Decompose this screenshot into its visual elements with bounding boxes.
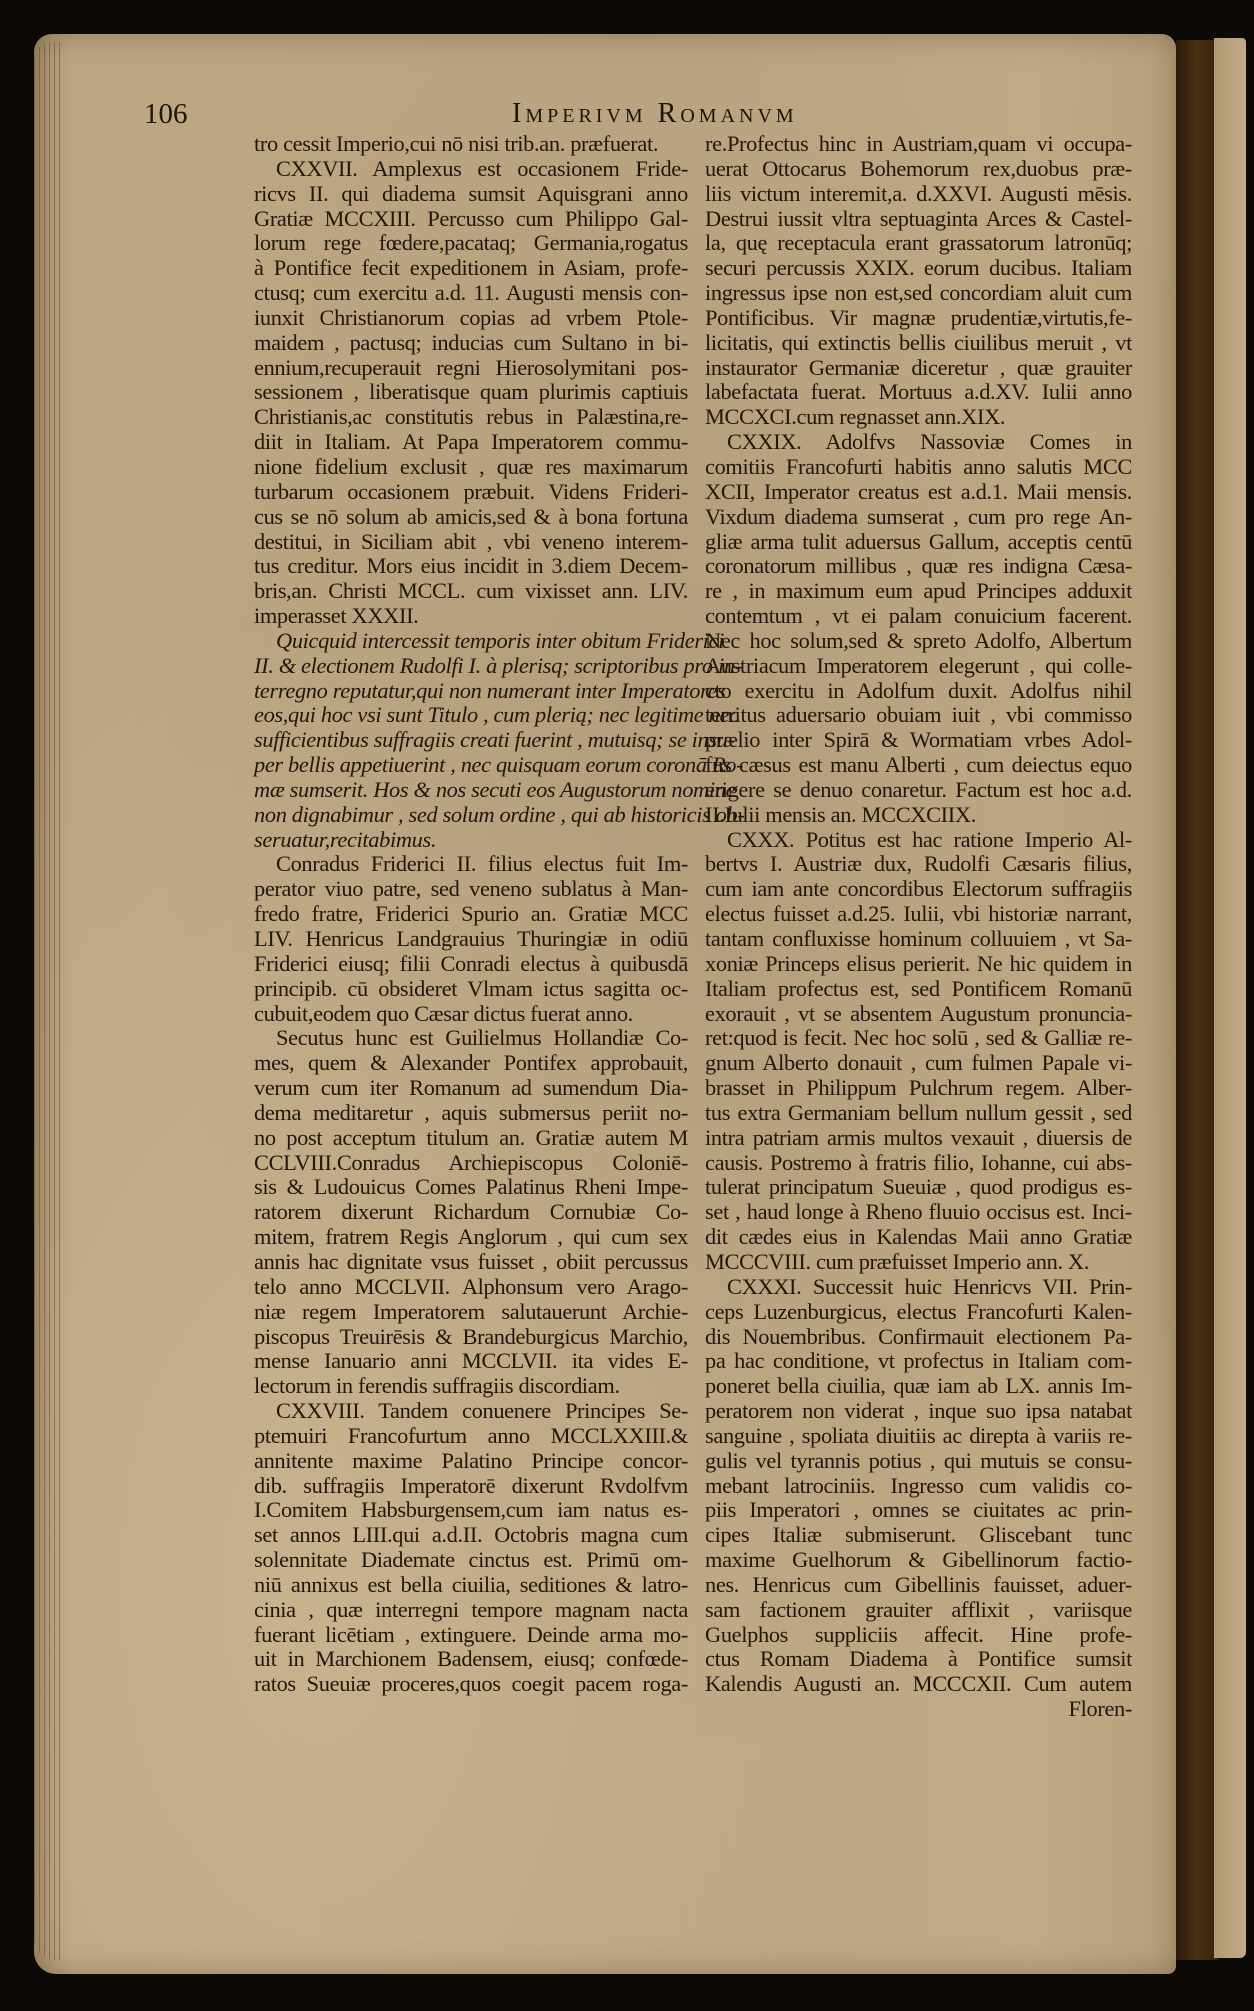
text-line: coronatorum millibus , quæ res indigna C…: [705, 554, 1132, 579]
text-line: per bellis appetiuerint , nec quisquam e…: [254, 753, 688, 778]
text-line: intra patriam armis multos vexauit , diu…: [705, 1126, 1132, 1151]
text-line: destitui, in Siciliam abit , vbi veneno …: [254, 530, 688, 555]
text-line: mitem, fratrem Regis Anglorum , qui cum …: [254, 1225, 688, 1250]
text-line: no post acceptum titulum an. Gratiæ aute…: [254, 1126, 688, 1151]
text-line: niū annixus est bella ciuilia, seditione…: [254, 1573, 688, 1598]
text-line: lectorum in ferendis suffragiis discordi…: [254, 1374, 688, 1399]
text-line: Destrui iussit vltra septuaginta Arces &…: [705, 207, 1132, 232]
text-line: Christianis,ac constitutis rebus in Palæ…: [254, 405, 688, 430]
text-line: uerat Ottocarus Bohemorum rex,duobus præ…: [705, 157, 1132, 182]
text-line: MCCXCI.cum regnasset ann.XIX.: [705, 405, 1132, 430]
text-line: ret:quod is fecit. Nec hoc solū , sed & …: [705, 1026, 1132, 1051]
page-number: 106: [144, 98, 188, 131]
text-line: imperasset XXXII.: [254, 604, 688, 629]
text-line: mæ sumserit. Hos & nos secuti eos August…: [254, 778, 688, 803]
text-line: ctus Romam Diadema à Pontifice sumsit: [705, 1647, 1132, 1672]
text-line: dis Nouembribus. Confirmauit electionem …: [705, 1325, 1132, 1350]
text-line: set annos LIII.qui a.d.II. Octobris magn…: [254, 1523, 688, 1548]
text-line: LIV. Henricus Landgrauius Thuringiæ in o…: [254, 927, 688, 952]
text-line: electus fuisset a.d.25. Iulii, vbi histo…: [705, 902, 1132, 927]
text-line: nione fidelium exclusit , quæ res maxima…: [254, 455, 688, 480]
text-line: II.Iulii mensis an. MCCXCIIX.: [705, 803, 1132, 828]
text-line: contemtum , vt ei palam conuicium facere…: [705, 604, 1132, 629]
text-line: ricvs II. qui diadema sumsit Aquisgrani …: [254, 182, 688, 207]
text-line: telo anno MCCLVII. Alphonsum vero Arago-: [254, 1275, 688, 1300]
text-line: uit in Marchionem Badensem, eiusq; confœ…: [254, 1647, 688, 1672]
facing-page-edge: [1214, 38, 1246, 1958]
text-line: causis. Postremo à fratris filio, Iohann…: [705, 1151, 1132, 1176]
text-line: cum iam ante concordibus Electorum suffr…: [705, 877, 1132, 902]
text-line: à Pontifice fecit expeditionem in Asiam,…: [254, 256, 688, 281]
text-line: Vixdum diadema sumserat , cum pro rege A…: [705, 505, 1132, 530]
text-line: cus se nō solum ab amicis,sed & à bona f…: [254, 505, 688, 530]
text-line: Nec hoc solum,sed & spreto Adolfo, Alber…: [705, 629, 1132, 654]
text-line: fus cæsus est manu Alberti , cum deiectu…: [705, 753, 1132, 778]
text-line: territus aduersario obuiam iuit , vbi co…: [705, 703, 1132, 728]
text-line: terregno reputatur,qui non numerant inte…: [254, 679, 688, 704]
text-line: Secutus hunc est Guilielmus Hollandiæ Co…: [254, 1026, 688, 1051]
text-line: cipes Italiæ submiserunt. Gliscebant tun…: [705, 1523, 1132, 1548]
text-line: I.Comitem Habsburgensem,cum iam natus es…: [254, 1498, 688, 1523]
catchword: Floren-: [705, 1697, 1132, 1722]
text-line: ratos Sueuiæ proceres,quos coegit pacem …: [254, 1672, 688, 1697]
text-line: annitente maxime Palatino Principe conco…: [254, 1449, 688, 1474]
text-line: tus creditur. Mors eius incidit in 3.die…: [254, 554, 688, 579]
right-text-column: re.Profectus hinc in Austriam,quam vi oc…: [705, 132, 1132, 1722]
text-line: ptemuiri Francofurtum anno MCCLXXIII.&: [254, 1424, 688, 1449]
text-line: maidem , pactusq; inducias cum Sultano i…: [254, 331, 688, 356]
text-line: re.Profectus hinc in Austriam,quam vi oc…: [705, 132, 1132, 157]
text-line: lorum rege fœdere,pacataq; Germania,roga…: [254, 231, 688, 256]
text-line: exorauit , vt se absentem Augustum pronu…: [705, 1002, 1132, 1027]
text-line: prælio inter Spirā & Wormatiam vrbes Ado…: [705, 728, 1132, 753]
text-line: ratorem dixerunt Richardum Cornubiæ Co-: [254, 1200, 688, 1225]
text-line: diit in Italiam. At Papa Imperatorem com…: [254, 430, 688, 455]
text-line: perator viuo patre, sed veneno sublatus …: [254, 877, 688, 902]
text-line: Friderici eiusq; filii Conradi electus à…: [254, 952, 688, 977]
text-line: annis hac dignitate vsus fuisset , obiit…: [254, 1250, 688, 1275]
section-heading-line: CXXXI. Successit huic Henricvs VII. Prin…: [705, 1275, 1132, 1300]
text-line: re , in maximum eum apud Principes addux…: [705, 579, 1132, 604]
text-line: poneret bella ciuilia, quæ iam ab LX. an…: [705, 1374, 1132, 1399]
text-line: nes. Henricus cum Gibellinis fauisset, a…: [705, 1573, 1132, 1598]
text-line: MCCCVIII. cum præfuisset Imperio ann. X.: [705, 1250, 1132, 1275]
text-line: comitiis Francofurti habitis anno saluti…: [705, 455, 1132, 480]
text-line: labefactata fuerat. Mortuus a.d.XV. Iuli…: [705, 380, 1132, 405]
text-line: mes, quem & Alexander Pontifex approbaui…: [254, 1051, 688, 1076]
section-heading-line: CXXVII. Amplexus est occasionem Fride-: [254, 157, 688, 182]
text-line: sufficientibus suffragiis creati fuerint…: [254, 728, 688, 753]
text-line: ingressus ipse non est,sed concordiam al…: [705, 281, 1132, 306]
text-line: iunxit Christianorum copias ad vrbem Pto…: [254, 306, 688, 331]
text-line: licitatis, qui extinctis bellis ciuilibu…: [705, 331, 1132, 356]
text-line: eos,qui hoc vsi sunt Titulo , cum plerią…: [254, 703, 688, 728]
text-line: brasset in Philippum Pulchrum regem. Alb…: [705, 1076, 1132, 1101]
left-text-column: tro cessit Imperio,cui nō nisi trib.an. …: [254, 132, 688, 1697]
text-line: non dignabimur , sed solum ordine , qui …: [254, 803, 688, 828]
text-line: liis victum interemit,a. d.XXVI. Augusti…: [705, 182, 1132, 207]
text-line: cto exercitu in Adolfum duxit. Adolfus n…: [705, 679, 1132, 704]
section-heading-line: CXXIX. Adolfvs Nassoviæ Comes in: [705, 430, 1132, 455]
text-line: xoniæ Princeps elisus perierit. Ne hic q…: [705, 952, 1132, 977]
text-line: tantam confluxisse hominum colluuiem , v…: [705, 927, 1132, 952]
text-line: CCLVIII.Conradus Archiepiscopus Coloniē-: [254, 1151, 688, 1176]
text-line: cinia , quæ interregni tempore magnam na…: [254, 1598, 688, 1623]
text-line: dema meditaretur , aquis submersus perii…: [254, 1101, 688, 1126]
text-line: Austriacum Imperatorem elegerunt , qui c…: [705, 654, 1132, 679]
text-line: XCII, Imperator creatus est a.d.1. Maii …: [705, 480, 1132, 505]
text-line: gliæ arma tulit aduersus Gallum, accepti…: [705, 530, 1132, 555]
book-gutter: [1176, 40, 1218, 1960]
text-line: Quicquid intercessit temporis inter obit…: [254, 629, 688, 654]
text-line: ennium,recuperauit regni Hierosolymitani…: [254, 356, 688, 381]
text-line: principib. cū obsideret Vlmam ictus sagi…: [254, 977, 688, 1002]
text-line: tus extra Germaniam bellum nullum gessit…: [705, 1101, 1132, 1126]
text-line: niæ regem Imperatorem salutauerunt Archi…: [254, 1300, 688, 1325]
text-line: Gratiæ MCCXIII. Percusso cum Philippo Ga…: [254, 207, 688, 232]
text-line: sanguine , spoliata diuitiis ac direpta …: [705, 1424, 1132, 1449]
text-line: tulerat principatum Sueuiæ , quod prodig…: [705, 1175, 1132, 1200]
text-line: ceps Luzenburgicus, electus Francofurti …: [705, 1300, 1132, 1325]
text-line: sis & Ludouicus Comes Palatinus Rheni Im…: [254, 1175, 688, 1200]
text-line: fuerant licētiam , extinguere. Deinde ar…: [254, 1623, 688, 1648]
text-line: bris,an. Christi MCCL. cum vixisset ann.…: [254, 579, 688, 604]
text-line: sessionem , liberatisque quam plurimis c…: [254, 380, 688, 405]
text-line: set , haud longe à Rheno fluuio occisus …: [705, 1200, 1132, 1225]
text-line: dib. suffragiis Imperatorē dixerunt Rvdo…: [254, 1474, 688, 1499]
text-line: ctusq; cum exercitu a.d. 11. Augusti men…: [254, 281, 688, 306]
text-line: peratorem non viderat , inque suo ipsa n…: [705, 1399, 1132, 1424]
text-line: sam factionem grauiter afflixit , variis…: [705, 1598, 1132, 1623]
text-line: verum cum iter Romanum ad sumendum Dia-: [254, 1076, 688, 1101]
text-line: la, quę receptacula erant grassatorum la…: [705, 231, 1132, 256]
text-line: pa hac conditione, vt profectus in Itali…: [705, 1349, 1132, 1374]
text-line: II. & electionem Rudolfi I. à plerisq; s…: [254, 654, 688, 679]
page-fore-edge: [34, 42, 64, 1960]
text-line: piscopus Treuirēsis & Brandeburgicus Mar…: [254, 1325, 688, 1350]
text-line: Conradus Friderici II. filius electus fu…: [254, 852, 688, 877]
text-line: cubuit,eodem quo Cæsar dictus fuerat ann…: [254, 1002, 688, 1027]
text-line: Italiam profectus est, sed Pontificem Ro…: [705, 977, 1132, 1002]
text-line: tro cessit Imperio,cui nō nisi trib.an. …: [254, 132, 688, 157]
text-line: fredo fratre, Friderici Spurio an. Grati…: [254, 902, 688, 927]
text-line: Guelphos suppliciis affecit. Hine profe-: [705, 1623, 1132, 1648]
section-heading-line: CXXVIII. Tandem conuenere Principes Se-: [254, 1399, 688, 1424]
text-line: mebant latrociniis. Ingresso cum validis…: [705, 1474, 1132, 1499]
text-line: solennitate Diademate cinctus est. Primū…: [254, 1548, 688, 1573]
text-line: Kalendis Augusti an. MCCCXII. Cum autem: [705, 1672, 1132, 1697]
text-line: gulis vel tyrannis potius , qui mutuis s…: [705, 1449, 1132, 1474]
running-title: Imperivm Romanvm: [512, 98, 798, 130]
text-line: maxime Guelhorum & Gibellinorum factio-: [705, 1548, 1132, 1573]
text-line: gnum Alberto donauit , cum fulmen Papale…: [705, 1051, 1132, 1076]
text-line: Pontificibus. Vir magnæ prudentiæ,virtut…: [705, 306, 1132, 331]
text-line: bertvs I. Austriæ dux, Rudolfi Cæsaris f…: [705, 852, 1132, 877]
text-line: securi percussis XXIX. eorum ducibus. It…: [705, 256, 1132, 281]
text-line: instaurator Germaniæ diceretur , quæ gra…: [705, 356, 1132, 381]
text-line: erigere se denuo conaretur. Factum est h…: [705, 778, 1132, 803]
text-line: turbarum occasionem præbuit. Videns Frid…: [254, 480, 688, 505]
section-heading-line: CXXX. Potitus est hac ratione Imperio Al…: [705, 828, 1132, 853]
text-line: dit cædes eius in Kalendas Maii anno Gra…: [705, 1225, 1132, 1250]
text-line: mense Ianuario anni MCCLVII. ita vides E…: [254, 1349, 688, 1374]
text-line: piis Imperatori , omnes se ciuitates ac …: [705, 1498, 1132, 1523]
text-line: seruatur,recitabimus.: [254, 828, 688, 853]
